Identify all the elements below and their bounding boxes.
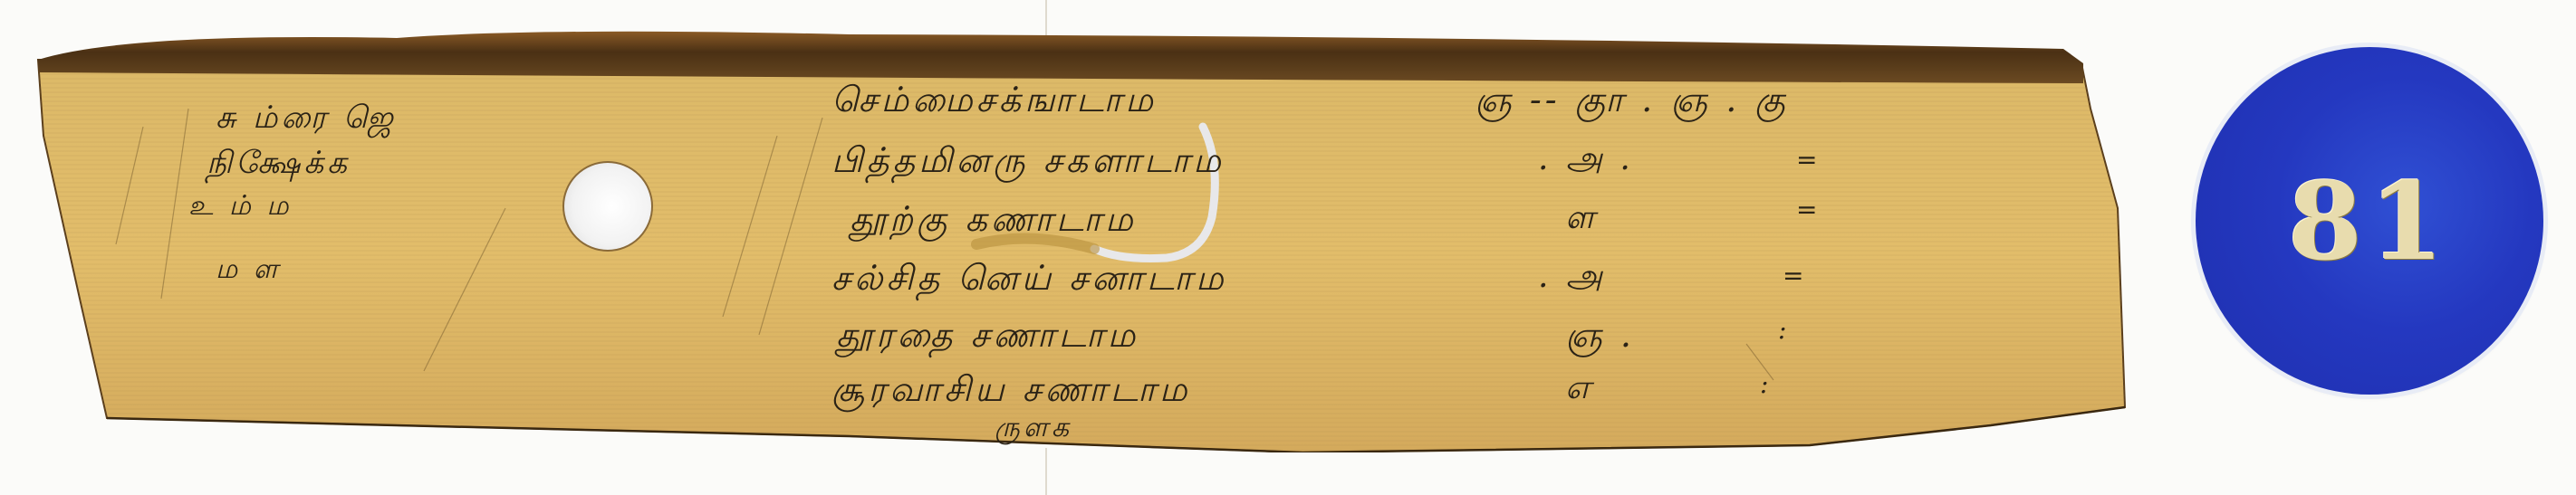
numbered-tag: 81 (2196, 47, 2543, 395)
mounting-thread-bottom (1045, 448, 1047, 495)
right-column-line-2: . அ . (1538, 140, 1634, 182)
punct-line-1: = (1796, 145, 1821, 175)
main-column-line-1: செம்மைசக்ஙாடாம (831, 80, 1157, 125)
punct-line-3: = (1783, 261, 1807, 290)
left-column-line-4: ம ள (216, 253, 282, 289)
main-column-line-7: ருளக (995, 412, 1072, 447)
left-column-line-3: உ ம் ம (188, 190, 293, 225)
right-column-line-6: எ (1565, 369, 1594, 411)
left-column-line-2: நிக்ஷேக்க (207, 145, 351, 185)
main-column-line-4: சல்சித னெய் சனாடாம (831, 258, 1227, 303)
main-column-line-2: பித்தமினரு சகளாடாம (831, 140, 1225, 186)
right-column-line-3: ள (1565, 199, 1598, 241)
tag-number: 81 (2196, 47, 2543, 395)
main-column-line-5: தூரதை சணாடாம (836, 315, 1139, 360)
right-column-line-4: . அ (1538, 258, 1606, 300)
right-column-line-5: ஞ . (1565, 315, 1635, 360)
punct-line-2: = (1796, 195, 1821, 224)
punct-line-5: : (1760, 369, 1772, 399)
main-column-line-3: தூற்கு கணாடாம (850, 199, 1137, 244)
string-hole (562, 161, 653, 252)
right-column-line-1: ஞ -- குா . ஞ . கு (1475, 80, 1789, 125)
palm-leaf-manuscript: சு ம்ரை ஜெ நிக்ஷேக்க உ ம் ம ம ள செம்மைசக… (34, 27, 2127, 452)
main-column-line-6: சூரவாசிய சணாடாம (831, 369, 1191, 414)
punct-line-4: : (1778, 315, 1790, 345)
left-column-line-1: சு ம்ரை ஜெ (216, 100, 397, 139)
